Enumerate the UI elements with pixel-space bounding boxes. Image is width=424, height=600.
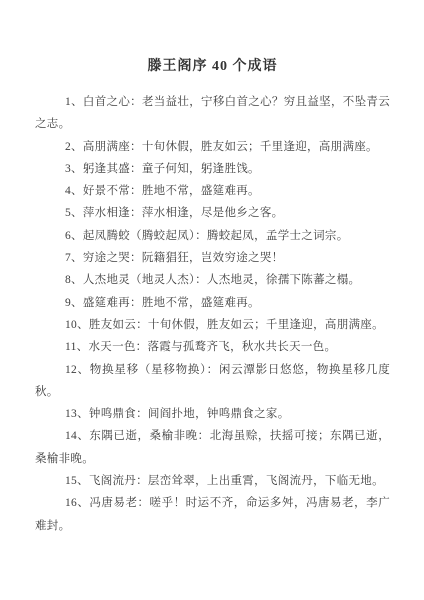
idiom-list: 1、白首之心：老当益壮，宁移白首之心？穷且益坚，不坠青云之志。 2、高朋满座：十… xyxy=(35,91,390,537)
idiom-item-3: 3、躬逢其盛：童子何知，躬逢胜饯。 xyxy=(35,158,390,180)
idiom-item-9: 9、盛筵难再：胜地不常，盛筵难再。 xyxy=(35,292,390,314)
idiom-item-5: 5、萍水相逢：萍水相逢，尽是他乡之客。 xyxy=(35,202,390,224)
idiom-item-16: 16、冯唐易老：嗟乎！时运不齐，命运多舛，冯唐易老，李广难封。 xyxy=(35,492,390,537)
idiom-item-2: 2、高朋满座：十旬休假，胜友如云；千里逢迎，高朋满座。 xyxy=(35,136,390,158)
idiom-item-13: 13、钟鸣鼎食：闾阎扑地，钟鸣鼎食之家。 xyxy=(35,403,390,425)
idiom-item-10: 10、胜友如云：十旬休假，胜友如云；千里逢迎，高朋满座。 xyxy=(35,314,390,336)
idiom-item-6: 6、起凤腾蛟（腾蛟起凤）：腾蛟起凤，孟学士之词宗。 xyxy=(35,225,390,247)
idiom-item-1: 1、白首之心：老当益壮，宁移白首之心？穷且益坚，不坠青云之志。 xyxy=(35,91,390,136)
document-page: 滕王阁序 40 个成语 1、白首之心：老当益壮，宁移白首之心？穷且益坚，不坠青云… xyxy=(0,0,424,600)
idiom-item-15: 15、飞阁流丹：层峦耸翠，上出重霄，飞阁流丹，下临无地。 xyxy=(35,470,390,492)
idiom-item-4: 4、好景不常：胜地不常，盛筵难再。 xyxy=(35,180,390,202)
page-title: 滕王阁序 40 个成语 xyxy=(35,58,390,76)
idiom-item-7: 7、穷途之哭：阮籍猖狂，岂效穷途之哭！ xyxy=(35,247,390,269)
idiom-item-8: 8、人杰地灵（地灵人杰）：人杰地灵，徐孺下陈蕃之榻。 xyxy=(35,269,390,291)
idiom-item-14: 14、东隅已逝，桑榆非晚：北海虽赊，扶摇可接；东隅已逝，桑榆非晚。 xyxy=(35,425,390,470)
idiom-item-12: 12、物换星移（星移物换）：闲云潭影日悠悠，物换星移几度秋。 xyxy=(35,359,390,404)
document-content: 滕王阁序 40 个成语 1、白首之心：老当益壮，宁移白首之心？穷且益坚，不坠青云… xyxy=(0,0,424,537)
idiom-item-11: 11、水天一色：落霞与孤鹜齐飞，秋水共长天一色。 xyxy=(35,336,390,358)
